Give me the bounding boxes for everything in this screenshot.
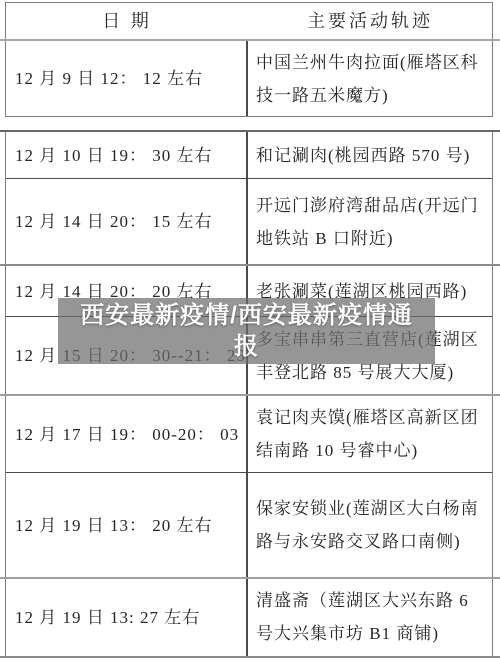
table-cell-date: 12 月 10 日 19： 30 左右 xyxy=(6,132,248,179)
table-cell-track: 中国兰州牛肉拉面(雁塔区科技一路五米魔方) xyxy=(248,41,492,116)
screenshot-seam-line xyxy=(0,656,500,658)
table-cell-track: 清盛斋（莲湖区大兴东路 6 号大兴集市坊 B1 商铺) xyxy=(248,578,492,656)
activity-track-table-page: 日 期 主要活动轨迹 12 月 9 日 12： 12 左右中国兰州牛肉拉面(雁塔… xyxy=(0,0,500,662)
table-section-header: 日 期 主要活动轨迹 12 月 9 日 12： 12 左右中国兰州牛肉拉面(雁塔… xyxy=(5,2,493,117)
table-cell-date: 12 月 9 日 12： 12 左右 xyxy=(6,41,248,116)
table-cell-date: 12 月 14 日 20： 15 左右 xyxy=(6,179,248,264)
table-cell-track: 袁记肉夹馍(雁塔区高新区团结南路 10 号睿中心) xyxy=(248,396,492,473)
table-cell-track: 开远门澎府湾甜品店(开远门地铁站 B 口附近) xyxy=(248,179,492,264)
column-header-track: 主要活动轨迹 xyxy=(248,3,492,41)
table-section-2: 12 月 10 日 19： 30 左右和记涮肉(桃园西路 570 号)12 月 … xyxy=(5,131,493,265)
table-cell-date: 12 月 17 日 19： 00-20： 03 xyxy=(6,396,248,473)
screenshot-seam-line xyxy=(0,264,500,266)
table-cell-date: 12 月 19 日 13： 20 左右 xyxy=(6,473,248,578)
table-cell-track: 保家安锁业(莲湖区大白杨南路与永安路交叉路口南侧) xyxy=(248,473,492,578)
column-header-date: 日 期 xyxy=(6,3,248,41)
screenshot-seam-line xyxy=(0,394,500,396)
screenshot-seam-line xyxy=(0,577,500,579)
watermark-text: 西安最新疫情/西安最新疫情通报 xyxy=(71,300,423,362)
table-cell-track: 和记涮肉(桃园西路 570 号) xyxy=(248,132,492,179)
screenshot-seam-line xyxy=(0,130,500,132)
table-cell-date: 12 月 19 日 13: 27 左右 xyxy=(6,578,248,656)
screenshot-seam-line xyxy=(0,39,500,41)
table-section-4: 12 月 17 日 19： 00-20： 03袁记肉夹馍(雁塔区高新区团结南路 … xyxy=(5,395,493,657)
watermark-overlay: 西安最新疫情/西安最新疫情通报 xyxy=(58,298,435,364)
